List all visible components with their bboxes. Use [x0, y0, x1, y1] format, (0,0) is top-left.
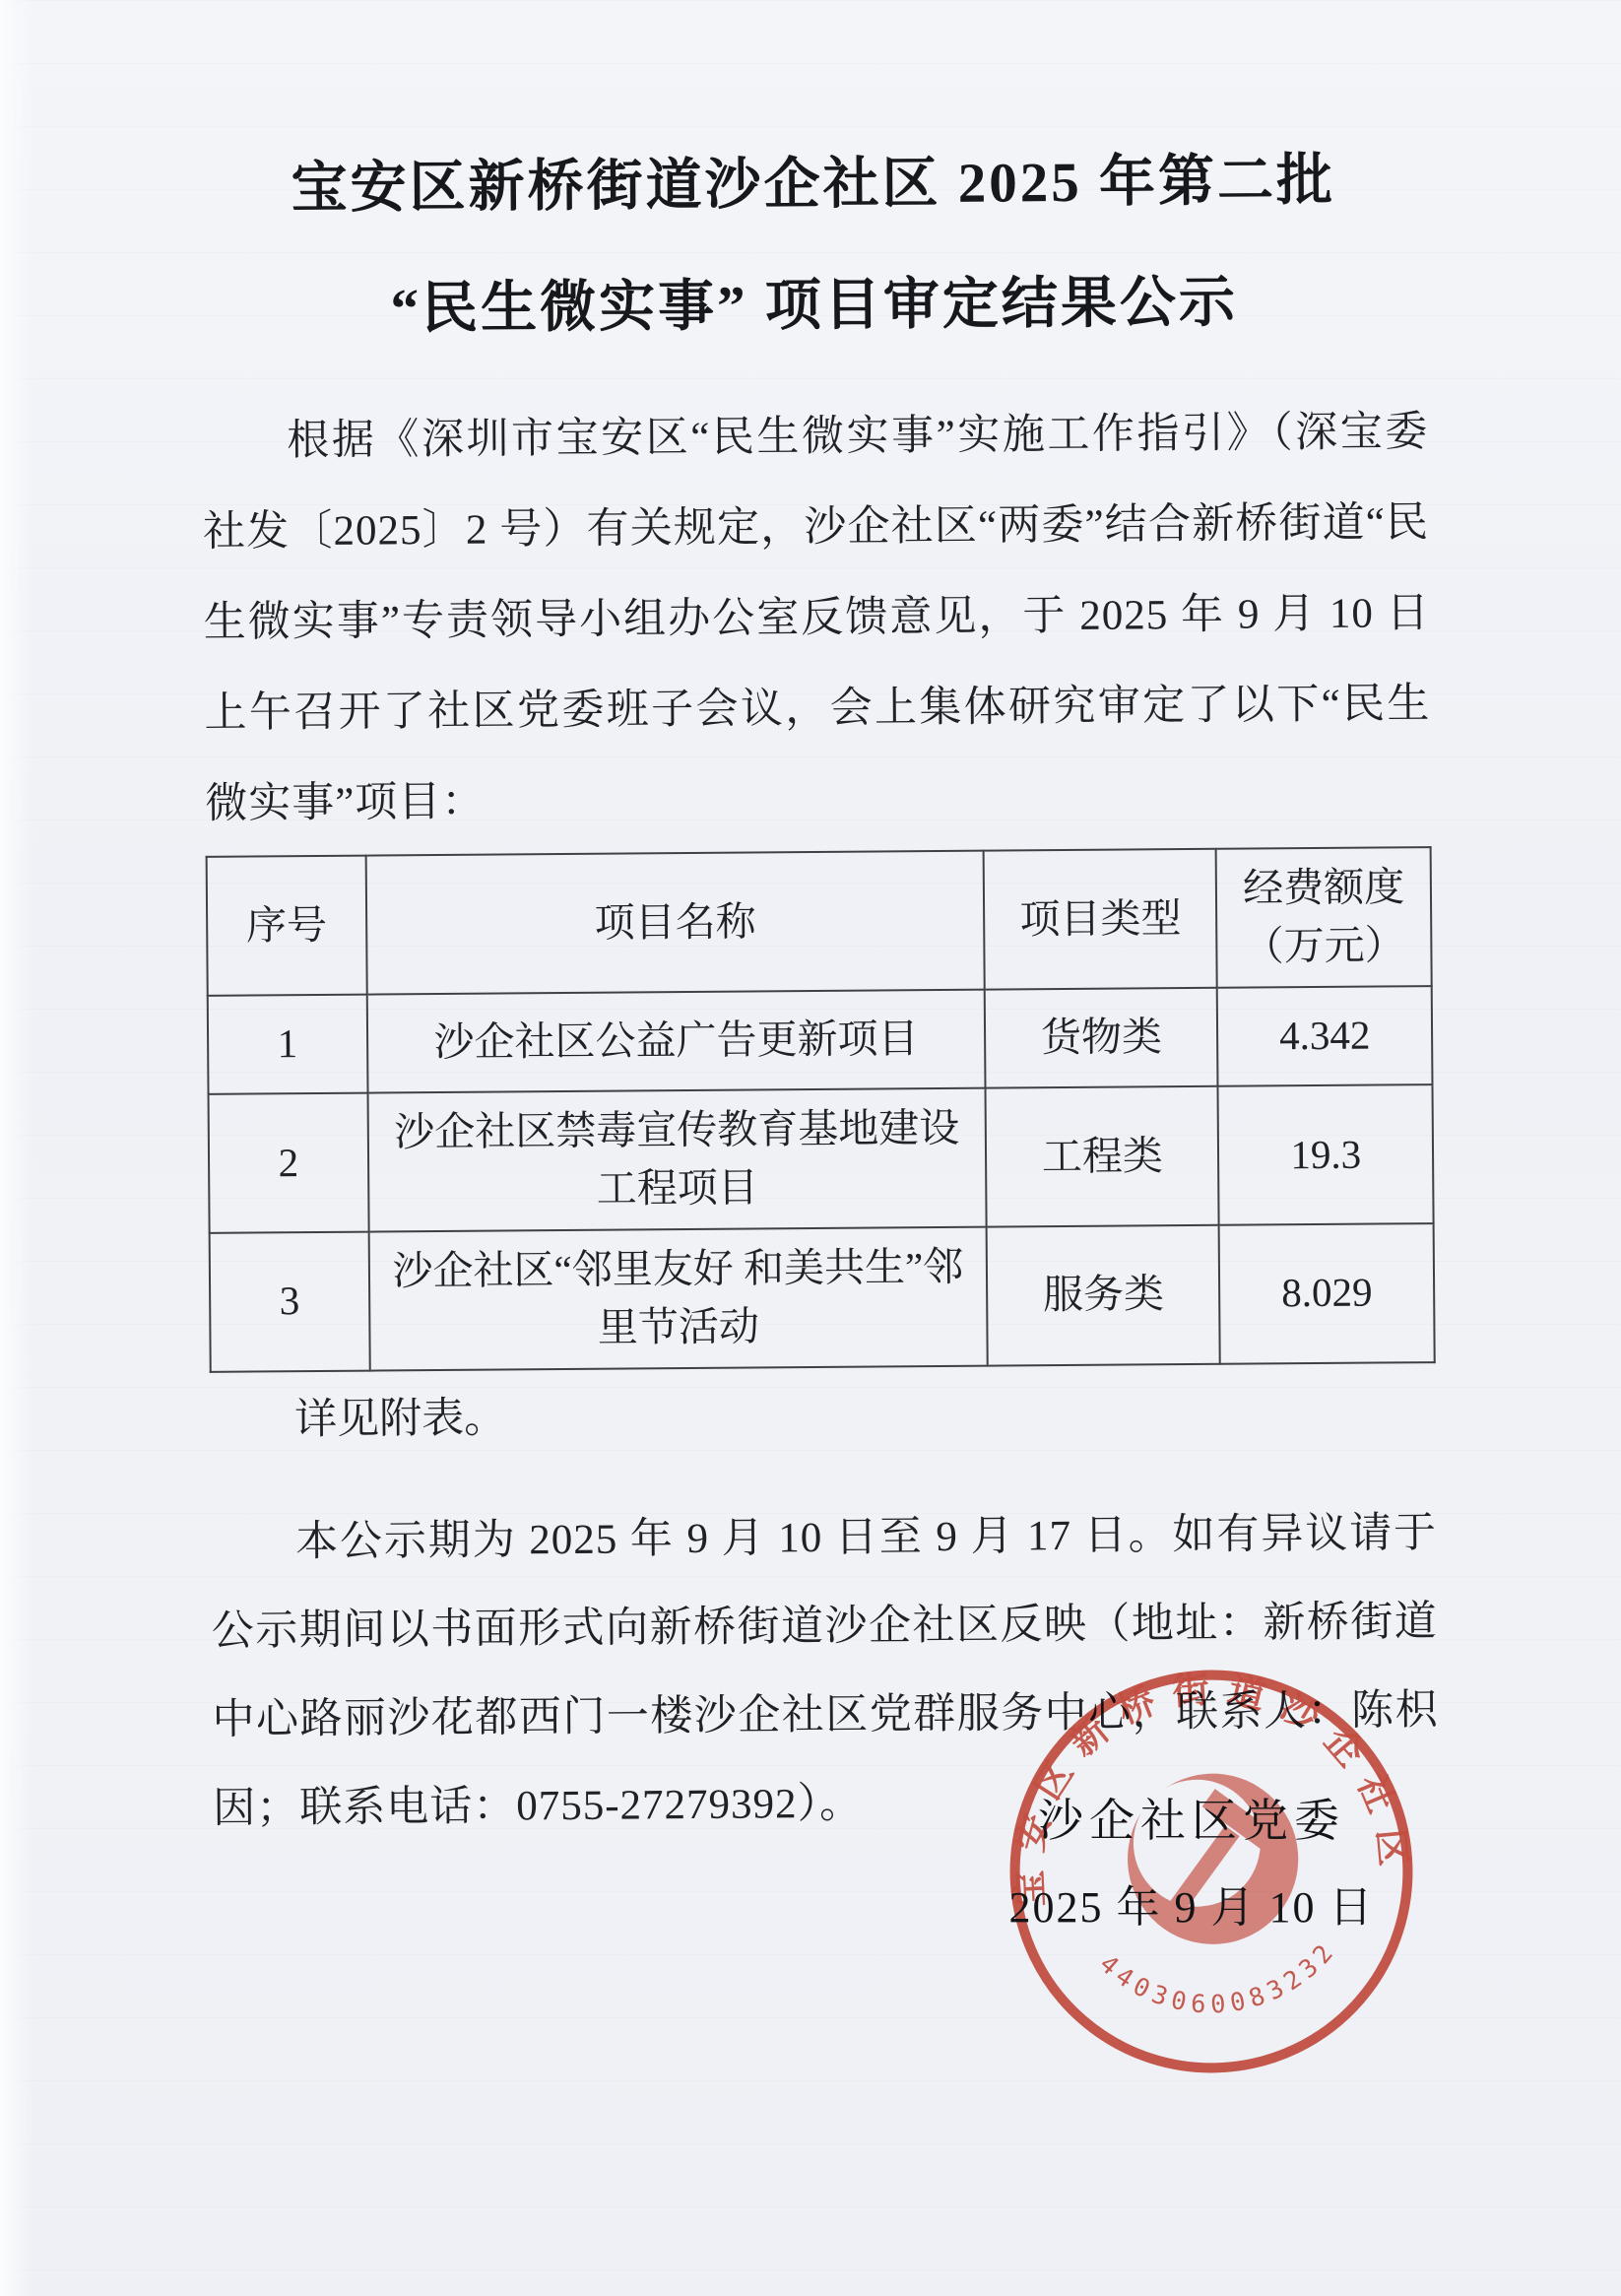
cell-project-name: 沙企社区禁毒宣传教育基地建设工程项目 [367, 1088, 987, 1232]
signature-org: 沙企社区党委 [990, 1785, 1394, 1850]
cell-amount: 4.342 [1217, 986, 1432, 1086]
signature-block: 沙企社区党委 2025 年 9 月 10 日 [990, 1785, 1394, 1935]
intro-paragraph: 根据《深圳市宝安区“民生微实事”实施工作指引》（深宝委社发〔2025〕2 号）有… [202, 387, 1432, 850]
document-body: 宝安区新桥街道沙企社区 2025 年第二批 “民生微实事” 项目审定结果公示 根… [200, 143, 1440, 1853]
scanned-page: 宝安区新桥街道沙企社区 2025 年第二批 “民生微实事” 项目审定结果公示 根… [0, 0, 1621, 2296]
header-cell-type: 项目类型 [984, 849, 1217, 990]
cell-amount: 19.3 [1218, 1084, 1434, 1225]
cell-project-type: 工程类 [986, 1086, 1219, 1227]
cell-index: 3 [210, 1231, 370, 1371]
cell-index: 2 [209, 1092, 369, 1232]
header-cell-index: 序号 [207, 856, 367, 996]
header-amount-line1: 经费额度 [1225, 858, 1422, 918]
signature-date: 2025 年 9 月 10 日 [990, 1871, 1394, 1935]
table-row: 3 沙企社区“邻里友好 和美共生”邻里节活动 服务类 8.029 [210, 1223, 1435, 1372]
cell-amount: 8.029 [1219, 1223, 1435, 1364]
seal-code: 4403060083232 [1093, 1934, 1346, 2027]
projects-table: 序号 项目名称 项目类型 经费额度 （万元） 1 沙企社区公益广告更新项目 货物… [206, 846, 1436, 1372]
cell-project-type: 货物类 [985, 988, 1218, 1088]
table-row: 2 沙企社区禁毒宣传教育基地建设工程项目 工程类 19.3 [209, 1084, 1434, 1233]
cell-project-type: 服务类 [987, 1225, 1220, 1366]
svg-text:4403060083232: 4403060083232 [1093, 1934, 1346, 2027]
table-header-row: 序号 项目名称 项目类型 经费额度 （万元） [207, 847, 1432, 996]
table-row: 1 沙企社区公益广告更新项目 货物类 4.342 [208, 986, 1433, 1094]
header-amount-line2: （万元） [1226, 917, 1423, 977]
see-attachment-note: 详见附表。 [210, 1377, 1437, 1456]
document-title-line1: 宝安区新桥街道沙企社区 2025 年第二批 [200, 143, 1427, 227]
cell-project-name: 沙企社区“邻里友好 和美共生”邻里节活动 [368, 1226, 988, 1370]
header-cell-name: 项目名称 [365, 851, 985, 995]
cell-project-name: 沙企社区公益广告更新项目 [366, 990, 985, 1093]
document-title-line2: “民生微实事” 项目审定结果公示 [201, 264, 1428, 348]
cell-index: 1 [208, 994, 367, 1093]
header-cell-amount: 经费额度 （万元） [1216, 847, 1432, 988]
